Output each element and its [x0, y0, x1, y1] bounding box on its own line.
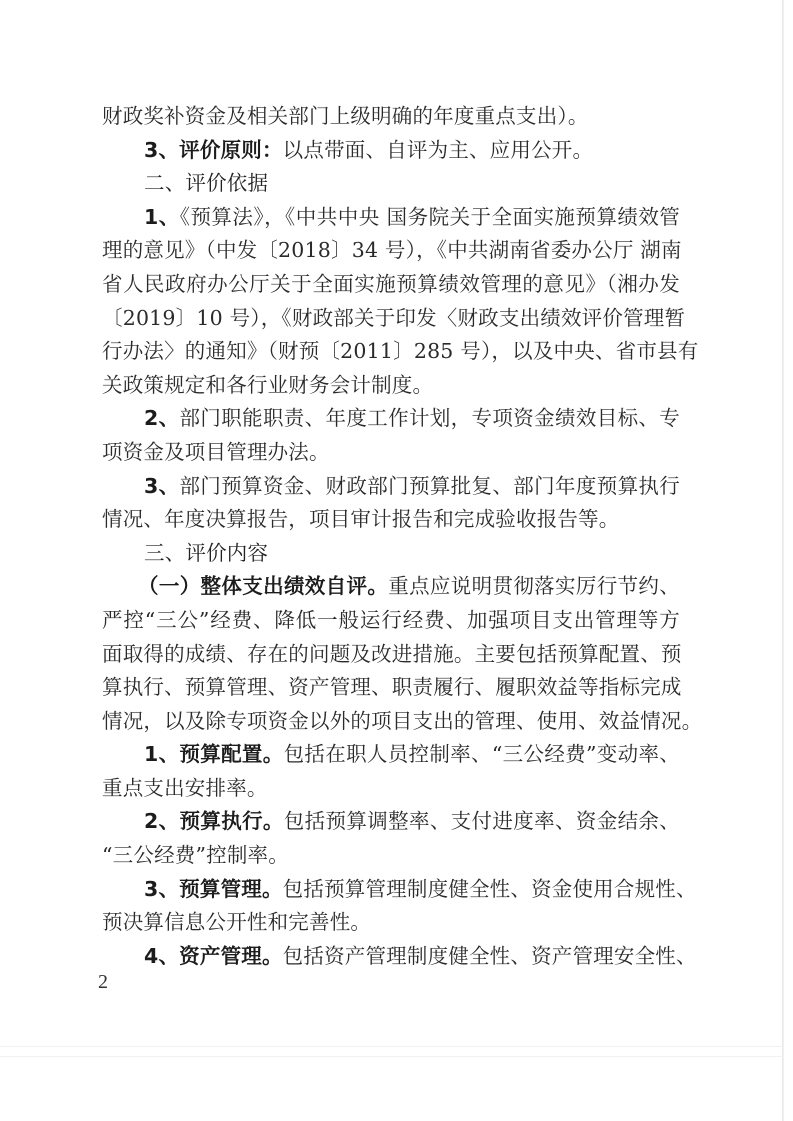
paragraph-line: 项资金及项目管理办法。: [102, 436, 680, 470]
subsection-heading: （一）整体支出绩效自评。: [138, 574, 388, 598]
line-text: 以点带面、自评为主、应用公开。: [283, 138, 594, 162]
paragraph-line: 情况、年度决算报告，项目审计报告和完成验收报告等。: [102, 503, 680, 537]
document-body: 财政奖补资金及相关部门上级明确的年度重点支出）。 3、评价原则：以点带面、自评为…: [102, 100, 680, 973]
line-text: 项资金及项目管理办法。: [102, 440, 330, 464]
paragraph-line: 面取得的成绩、存在的问题及改进措施。主要包括预算配置、预: [102, 638, 680, 672]
line-text: 理的意见》（中发〔2018〕34 号），《中共湖南省委办公厅 湖南: [102, 238, 682, 262]
item-number: 1、: [144, 205, 180, 229]
section-heading: 二、评价依据: [144, 171, 268, 195]
line-text: 行办法〉的通知》（财预〔2011〕285 号），以及中央、省市县有: [102, 339, 698, 363]
line-text: 《预算法》，《中共中央 国务院关于全面实施预算绩效管: [180, 205, 680, 229]
page-number: 2: [98, 971, 108, 994]
scan-artifact-line: [0, 1056, 783, 1057]
line-text: 〔2019〕10 号），《财政部关于印发〈财政支出绩效评价管理暂: [102, 306, 685, 330]
line-text: 包括预算调整率、支付进度率、资金结余、: [284, 809, 680, 833]
item-number: 3、: [144, 474, 180, 498]
paragraph-line: 行办法〉的通知》（财预〔2011〕285 号），以及中央、省市县有: [102, 335, 680, 369]
item-heading: 1、预算配置。: [144, 742, 284, 766]
section-heading-basis: 二、评价依据: [102, 167, 680, 201]
paragraph-line: 算执行、预算管理、资产管理、职责履行、履职效益等指标完成: [102, 671, 680, 705]
paragraph-line: 预决算信息公开性和完善性。: [102, 906, 680, 940]
paragraph-line: 2、预算执行。包括预算调整率、支付进度率、资金结余、: [102, 805, 680, 839]
paragraph-line: 关政策规定和各行业财务会计制度。: [102, 369, 680, 403]
paragraph-line: 3、部门预算资金、财政部门预算批复、部门年度预算执行: [102, 470, 680, 504]
scan-edge-line: [782, 0, 784, 1121]
line-text: 重点支出安排率。: [102, 776, 268, 800]
line-text: “三公经费”控制率。: [102, 843, 289, 867]
line-text: 部门职能职责、年度工作计划，专项资金绩效目标、专: [180, 406, 681, 430]
evaluation-principle-label: 3、评价原则：: [144, 138, 283, 162]
line-text: 包括资产管理制度健全性、资产管理安全性、: [283, 944, 697, 968]
item-heading: 2、预算执行。: [144, 809, 284, 833]
line-text: 部门预算资金、财政部门预算批复、部门年度预算执行: [180, 474, 681, 498]
line-text: 严控“三公”经费、降低一般运行经费、加强项目支出管理等方: [102, 608, 680, 632]
paragraph-line: （一）整体支出绩效自评。重点应说明贯彻落实厉行节约、: [102, 570, 680, 604]
section-heading: 三、评价内容: [144, 541, 268, 565]
line-text: 情况，以及除专项资金以外的项目支出的管理、使用、效益情况。: [102, 709, 702, 733]
section-heading-content: 三、评价内容: [102, 537, 680, 571]
line-text: 重点应说明贯彻落实厉行节约、: [388, 574, 680, 598]
paragraph-line: 3、评价原则：以点带面、自评为主、应用公开。: [102, 134, 680, 168]
line-text: 算执行、预算管理、资产管理、职责履行、履职效益等指标完成: [102, 675, 682, 699]
scan-artifact-line: [0, 1046, 783, 1047]
line-text: 关政策规定和各行业财务会计制度。: [102, 373, 433, 397]
paragraph-line: 1、《预算法》，《中共中央 国务院关于全面实施预算绩效管: [102, 201, 680, 235]
paragraph-line: 严控“三公”经费、降低一般运行经费、加强项目支出管理等方: [102, 604, 680, 638]
line-text: 面取得的成绩、存在的问题及改进措施。主要包括预算配置、预: [102, 642, 682, 666]
item-number: 2、: [144, 406, 180, 430]
paragraph-line: 理的意见》（中发〔2018〕34 号），《中共湖南省委办公厅 湖南: [102, 234, 680, 268]
line-text: 预决算信息公开性和完善性。: [102, 910, 371, 934]
paragraph-line: 重点支出安排率。: [102, 772, 680, 806]
line-text: 省人民政府办公厅关于全面实施预算绩效管理的意见》（湘办发: [102, 272, 680, 296]
paragraph-line: 〔2019〕10 号），《财政部关于印发〈财政支出绩效评价管理暂: [102, 302, 680, 336]
paragraph-line: 财政奖补资金及相关部门上级明确的年度重点支出）。: [102, 100, 680, 134]
paragraph-line: 4、资产管理。包括资产管理制度健全性、资产管理安全性、: [102, 940, 680, 974]
line-text: 包括预算管理制度健全性、资金使用合规性、: [283, 877, 697, 901]
paragraph-line: 3、预算管理。包括预算管理制度健全性、资金使用合规性、: [102, 873, 680, 907]
paragraph-line: 省人民政府办公厅关于全面实施预算绩效管理的意见》（湘办发: [102, 268, 680, 302]
line-text: 情况、年度决算报告，项目审计报告和完成验收报告等。: [102, 507, 620, 531]
item-heading: 4、资产管理。: [144, 944, 283, 968]
document-page: 财政奖补资金及相关部门上级明确的年度重点支出）。 3、评价原则：以点带面、自评为…: [0, 0, 793, 1121]
paragraph-line: 2、部门职能职责、年度工作计划，专项资金绩效目标、专: [102, 402, 680, 436]
item-heading: 3、预算管理。: [144, 877, 283, 901]
line-text: 财政奖补资金及相关部门上级明确的年度重点支出）。: [102, 104, 589, 128]
line-text: 包括在职人员控制率、“三公经费”变动率、: [284, 742, 680, 766]
paragraph-line: “三公经费”控制率。: [102, 839, 680, 873]
paragraph-line: 1、预算配置。包括在职人员控制率、“三公经费”变动率、: [102, 738, 680, 772]
paragraph-line: 情况，以及除专项资金以外的项目支出的管理、使用、效益情况。: [102, 705, 680, 739]
